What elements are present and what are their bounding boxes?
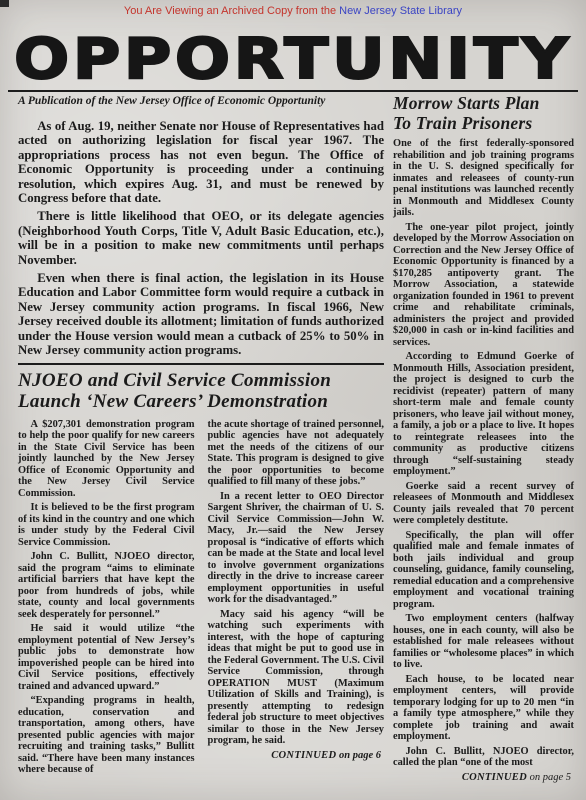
morrow-article-title: Morrow Starts Plan To Train Prisoners: [393, 94, 574, 133]
archive-banner-text: You Are Viewing an Archived Copy from th…: [124, 5, 336, 17]
paragraph: As of Aug. 19, neither Senate nor House …: [18, 119, 384, 205]
careers-article-title: NJOEO and Civil Service Commission Launc…: [18, 370, 384, 413]
continued-label: CONTINUED: [462, 772, 527, 783]
paragraph: Each house, to be located near employmen…: [393, 674, 574, 743]
morrow-title-line1: Morrow Starts Plan: [393, 93, 540, 113]
publication-tagline: A Publication of the New Jersey Office o…: [18, 95, 384, 108]
paragraph: “Expanding programs in health, education…: [18, 695, 195, 776]
paragraph: Macy said his agency “will be watching s…: [208, 609, 385, 747]
paragraph: In a recent letter to OEO Director Sarge…: [208, 491, 385, 606]
newsletter-page: You Are Viewing an Archived Copy from th…: [0, 0, 586, 800]
paragraph: Specifically, the plan will offer qualif…: [393, 530, 574, 611]
masthead-title: OPPORTUNITY: [14, 32, 572, 88]
state-library-link[interactable]: New Jersey State Library: [339, 5, 462, 17]
careers-column-2: the acute shortage of trained personnel,…: [208, 419, 385, 779]
lead-article: As of Aug. 19, neither Senate nor House …: [18, 119, 384, 358]
continued-page-ref: on page 5: [530, 772, 571, 783]
section-divider-rule: [18, 363, 384, 365]
careers-column-1: A $207,301 demonstration program to help…: [18, 419, 195, 779]
paragraph: It is believed to be the first program o…: [18, 502, 195, 548]
continued-label: CONTINUED: [271, 750, 336, 761]
careers-title-line1: NJOEO and Civil Service Commission: [18, 370, 331, 391]
paragraph: Even when there is final action, the leg…: [18, 271, 384, 357]
left-region: A Publication of the New Jersey Office o…: [18, 95, 384, 779]
masthead-rule: [8, 90, 578, 92]
paragraph: John C. Bullitt, NJOEO director, called …: [393, 746, 574, 769]
paragraph: There is little likelihood that OEO, or …: [18, 209, 384, 267]
paragraph: One of the first federally-sponsored reh…: [393, 138, 574, 219]
archive-banner: You Are Viewing an Archived Copy from th…: [0, 5, 586, 17]
continued-page-ref: on page 6: [339, 750, 381, 761]
morrow-article: Morrow Starts Plan To Train Prisoners On…: [393, 94, 574, 784]
paragraph: Goerke said a recent survey of releasees…: [393, 481, 574, 527]
paragraph: A $207,301 demonstration program to help…: [18, 419, 195, 500]
paragraph: John C. Bullitt, NJOEO director, said th…: [18, 551, 195, 620]
morrow-title-line2: To Train Prisoners: [393, 113, 532, 133]
morrow-continued-notice: CONTINUED on page 5: [393, 772, 574, 784]
paragraph: the acute shortage of trained personnel,…: [208, 419, 385, 488]
careers-title-line2: Launch ‘New Careers’ Demonstration: [18, 391, 328, 412]
careers-columns: A $207,301 demonstration program to help…: [18, 419, 384, 779]
careers-continued-notice: CONTINUED on page 6: [208, 750, 385, 762]
paragraph: According to Edmund Goerke of Monmouth H…: [393, 351, 574, 478]
careers-column-2-text: the acute shortage of trained personnel,…: [208, 419, 385, 747]
morrow-article-text: One of the first federally-sponsored reh…: [393, 138, 574, 769]
careers-column-1-text: A $207,301 demonstration program to help…: [18, 419, 195, 776]
paragraph: He said it would utilize “the employment…: [18, 623, 195, 692]
paragraph: The one-year pilot project, jointly deve…: [393, 222, 574, 349]
paragraph: Two employment centers (halfway houses, …: [393, 613, 574, 671]
